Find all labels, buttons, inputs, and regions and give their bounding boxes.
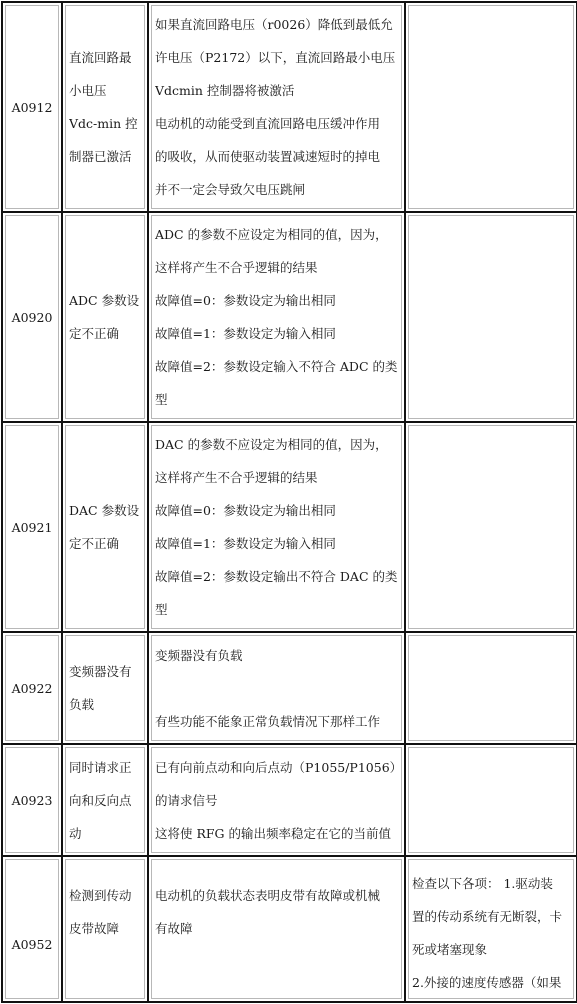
alarm-name-line: 小电压 — [69, 74, 141, 107]
alarm-name-line: 变频器没有 — [69, 655, 141, 688]
alarm-code-cell: A0912 — [2, 2, 62, 212]
description-line: 有些功能不能象正常负载情况下那样工作 — [155, 705, 398, 738]
alarm-name-line: ADC 参数设 — [69, 284, 141, 317]
alarm-description-cell: 已有向前点动和向后点动（P1055/P1056） 的请求信号 这将使 RFG 的… — [148, 744, 405, 856]
remedy-line: 检查以下各项： 1.驱动装 — [412, 867, 570, 900]
description-line: Vdcmin 控制器将被激活 — [155, 74, 398, 107]
alarm-code: A0921 — [12, 520, 53, 535]
description-line: 故障值=2：参数设定输出不符合 DAC 的类 — [155, 560, 398, 593]
alarm-name-cell: ADC 参数设 定不正确 — [62, 212, 148, 422]
table-row-a0912: A0912 直流回路最 小电压 Vdc-min 控 制器已激活 如果直流回路电压… — [2, 2, 577, 212]
remedy-cell — [405, 632, 577, 744]
alarm-name-line: 皮带故障 — [69, 912, 141, 945]
alarm-name-line: 负载 — [69, 688, 141, 721]
description-line: 许电压（P2172）以下，直流回路最小电压 — [155, 41, 398, 74]
description-line: 并不一定会导致欠电压跳闸 — [155, 173, 398, 206]
table-row-a0952: A0952 检测到传动 皮带故障 电动机的负载状态表明皮带有故障或机械 有故障 … — [2, 856, 577, 1002]
description-line: 型 — [155, 593, 398, 626]
alarm-description-cell: DAC 的参数不应设定为相同的值，因为， 这样将产生不合乎逻辑的结果 故障值=0… — [148, 422, 405, 632]
remedy-line: 死或堵塞现象 — [412, 933, 570, 966]
alarm-name-line: Vdc-min 控 — [69, 107, 141, 140]
description-line: 故障值=0：参数设定为输出相同 — [155, 494, 398, 527]
description-line: 已有向前点动和向后点动（P1055/P1056） — [155, 751, 398, 784]
alarm-name-line: DAC 参数设 — [69, 494, 141, 527]
description-line: 的吸收，从而使驱动装置减速短时的掉电 — [155, 140, 398, 173]
description-line: 故障值=0：参数设定为输出相同 — [155, 284, 398, 317]
alarm-code: A0952 — [12, 937, 53, 952]
alarm-name-cell: 直流回路最 小电压 Vdc-min 控 制器已激活 — [62, 2, 148, 212]
description-line: DAC 的参数不应设定为相同的值，因为， — [155, 428, 398, 461]
description-line: 故障值=2：参数设定输入不符合 ADC 的类 — [155, 350, 398, 383]
description-line: 有故障 — [155, 912, 398, 945]
alarm-name-line: 检测到传动 — [69, 879, 141, 912]
alarm-name-line: 定不正确 — [69, 317, 141, 350]
alarm-name-line: 动 — [69, 817, 141, 850]
alarm-name-cell: DAC 参数设 定不正确 — [62, 422, 148, 632]
alarm-name-line: 制器已激活 — [69, 140, 141, 173]
table-row-a0921: A0921 DAC 参数设 定不正确 DAC 的参数不应设定为相同的值，因为， … — [2, 422, 577, 632]
description-line: 故障值=1：参数设定为输入相同 — [155, 317, 398, 350]
table-row-a0922: A0922 变频器没有 负载 变频器没有负载 有些功能不能象正常负载情况下那样工… — [2, 632, 577, 744]
description-line: 这样将产生不合乎逻辑的结果 — [155, 461, 398, 494]
alarm-code-cell: A0921 — [2, 422, 62, 632]
remedy-cell — [405, 744, 577, 856]
description-line: ADC 的参数不应设定为相同的值，因为， — [155, 218, 398, 251]
remedy-cell — [405, 422, 577, 632]
alarm-name-cell: 检测到传动 皮带故障 — [62, 856, 148, 1002]
alarm-code-cell: A0920 — [2, 212, 62, 422]
alarm-name-cell: 变频器没有 负载 — [62, 632, 148, 744]
alarm-code: A0922 — [12, 681, 53, 696]
alarm-name-line: 向和反向点 — [69, 784, 141, 817]
description-line: 这将使 RFG 的输出频率稳定在它的当前值 — [155, 817, 398, 850]
alarm-description-cell: ADC 的参数不应设定为相同的值，因为， 这样将产生不合乎逻辑的结果 故障值=0… — [148, 212, 405, 422]
alarm-code-cell: A0952 — [2, 856, 62, 1002]
table-row-a0923: A0923 同时请求正 向和反向点 动 已有向前点动和向后点动（P1055/P1… — [2, 744, 577, 856]
alarm-description-cell: 如果直流回路电压（r0026）降低到最低允 许电压（P2172）以下，直流回路最… — [148, 2, 405, 212]
remedy-line: 2.外接的速度传感器（如果 — [412, 966, 570, 999]
alarm-name-cell: 同时请求正 向和反向点 动 — [62, 744, 148, 856]
alarm-code: A0920 — [12, 310, 53, 325]
alarm-code-cell: A0922 — [2, 632, 62, 744]
remedy-cell — [405, 2, 577, 212]
alarm-code-table: A0912 直流回路最 小电压 Vdc-min 控 制器已激活 如果直流回路电压… — [1, 1, 577, 1003]
alarm-description-cell: 变频器没有负载 有些功能不能象正常负载情况下那样工作 — [148, 632, 405, 744]
description-line: 电动机的负载状态表明皮带有故障或机械 — [155, 879, 398, 912]
description-line: 型 — [155, 383, 398, 416]
alarm-name-line: 直流回路最 — [69, 41, 141, 74]
alarm-code: A0912 — [12, 100, 53, 115]
remedy-cell — [405, 212, 577, 422]
description-line: 电动机的动能受到直流回路电压缓冲作用 — [155, 107, 398, 140]
alarm-name-line: 同时请求正 — [69, 751, 141, 784]
description-line: 变频器没有负载 — [155, 639, 398, 672]
alarm-code: A0923 — [12, 793, 53, 808]
description-line: 如果直流回路电压（r0026）降低到最低允 — [155, 8, 398, 41]
description-blank-line — [155, 672, 398, 705]
remedy-line: 置的传动系统有无断裂，卡 — [412, 900, 570, 933]
alarm-name-line: 定不正确 — [69, 527, 141, 560]
description-line: 的请求信号 — [155, 784, 398, 817]
alarm-description-cell: 电动机的负载状态表明皮带有故障或机械 有故障 — [148, 856, 405, 1002]
alarm-code-cell: A0923 — [2, 744, 62, 856]
remedy-cell: 检查以下各项： 1.驱动装 置的传动系统有无断裂，卡 死或堵塞现象 2.外接的速… — [405, 856, 577, 1002]
table-row-a0920: A0920 ADC 参数设 定不正确 ADC 的参数不应设定为相同的值，因为， … — [2, 212, 577, 422]
description-line: 故障值=1：参数设定为输入相同 — [155, 527, 398, 560]
description-line: 这样将产生不合乎逻辑的结果 — [155, 251, 398, 284]
